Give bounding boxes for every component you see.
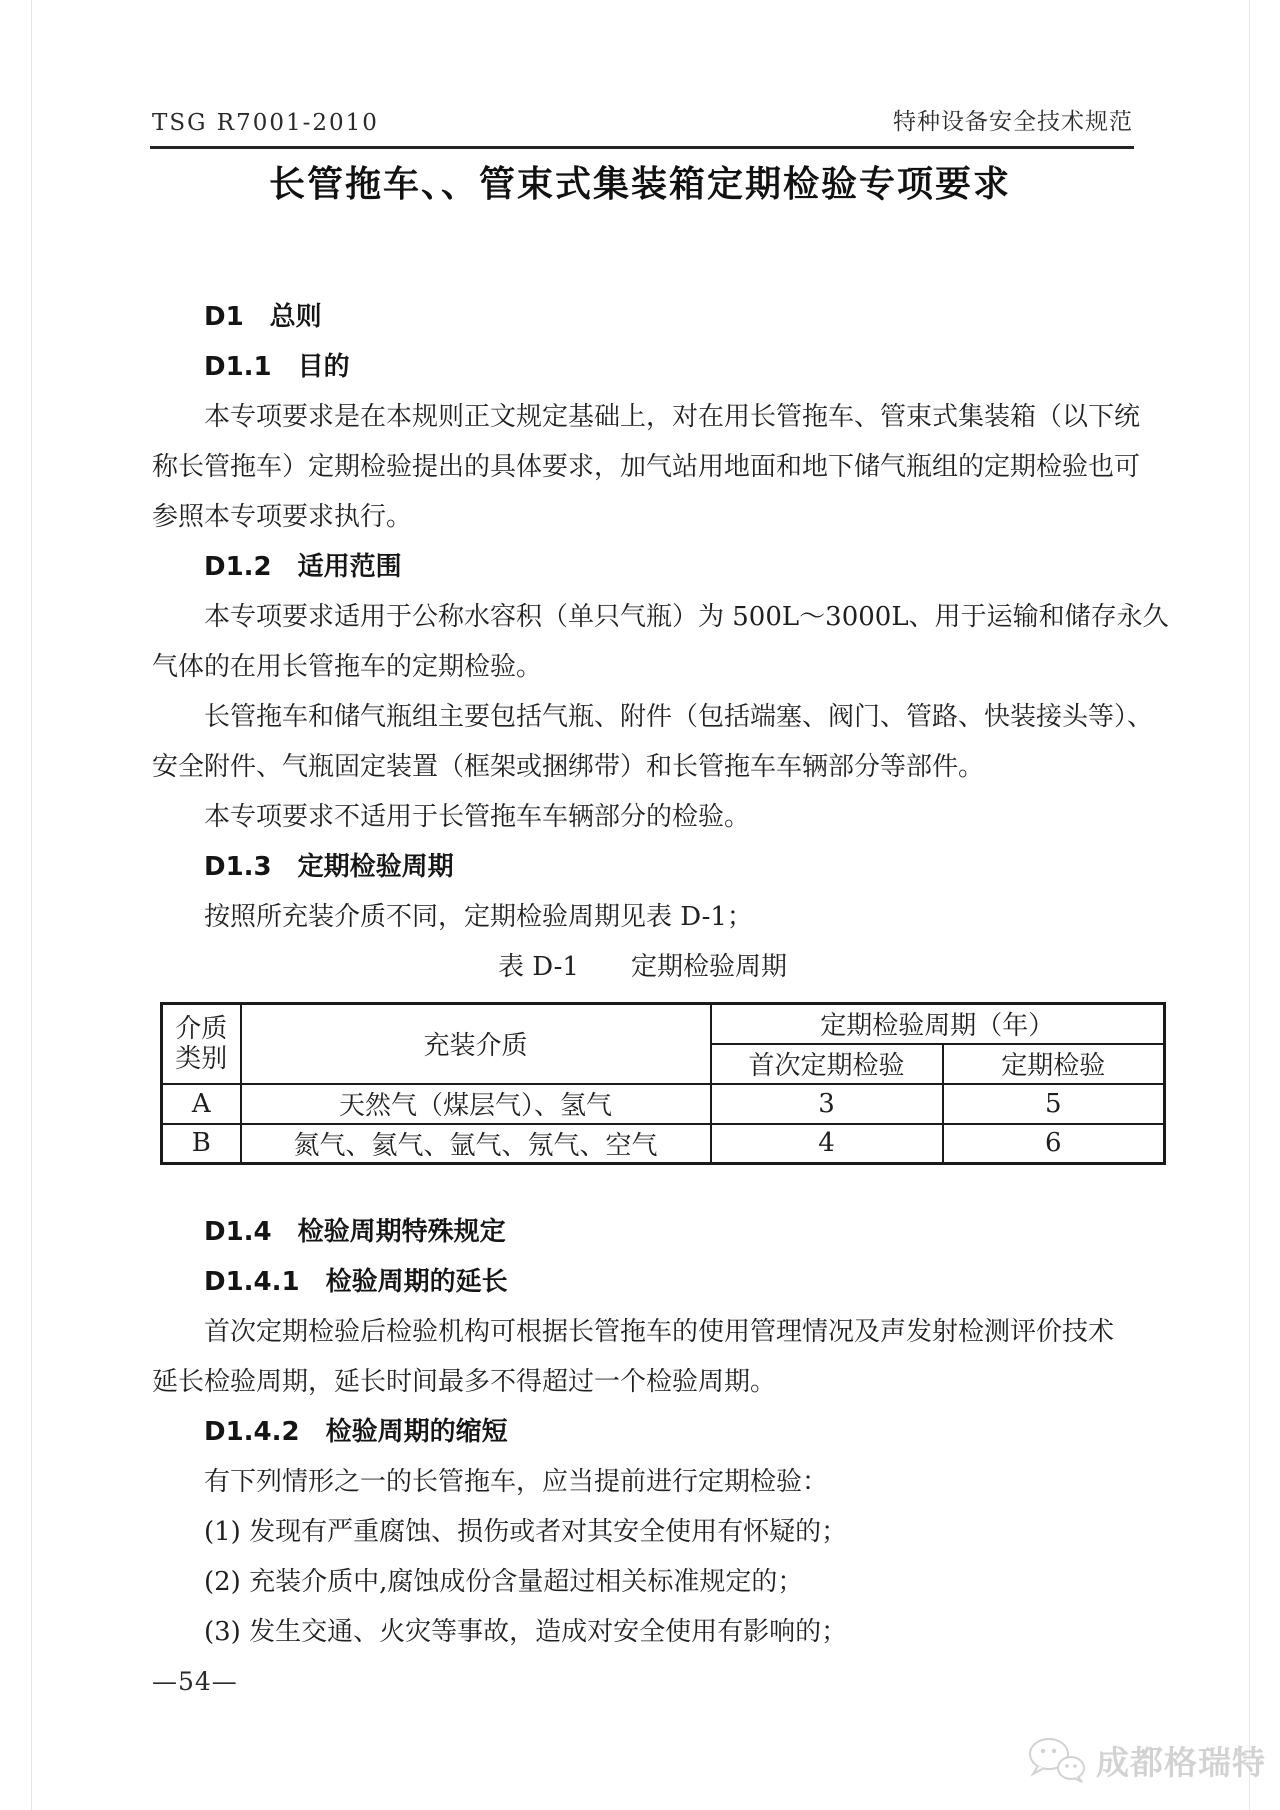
table-row: B 氮气、氦气、氩气、氖气、空气 4 6 — [162, 1124, 1165, 1164]
text-line: 称长管拖车）定期检验提出的具体要求，加气站用地面和地下储气瓶组的定期检验也可 — [152, 442, 1133, 492]
text-line: 本专项要求适用于公称水容积（单只气瓶）为 500L～3000L、用于运输和储存永… — [152, 592, 1133, 642]
cell-category: A — [162, 1084, 241, 1124]
watermark: 成都格瑞特 — [1026, 1736, 1266, 1784]
col-header-medium-category: 介质 类别 — [162, 1004, 241, 1084]
header-rule — [150, 146, 1134, 149]
text-line: 延长检验周期，延长时间最多不得超过一个检验周期。 — [152, 1357, 1133, 1407]
document-header: TSG R7001-2010 特种设备安全技术规范 — [152, 102, 1133, 136]
text-line: 参照本专项要求执行。 — [152, 492, 1133, 542]
section-heading: D1.4.1 检验周期的延长 — [152, 1257, 1133, 1307]
table-header-row-1: 介质 类别 充装介质 定期检验周期（年） — [162, 1004, 1165, 1044]
scan-edge-right — [1249, 0, 1250, 1810]
text-line: 长管拖车和储气瓶组主要包括气瓶、附件（包括端塞、阀门、管路、快装接头等）、 — [152, 692, 1133, 742]
scan-edge-left — [31, 0, 32, 1810]
table-row: A 天然气（煤层气）、氢气 3 5 — [162, 1084, 1165, 1124]
text-line: 本专项要求不适用于长管拖车车辆部分的检验。 — [152, 792, 1133, 842]
text-line: 安全附件、气瓶固定装置（框架或捆绑带）和长管拖车车辆部分等部件。 — [152, 742, 1133, 792]
section-heading: D1.4.2 检验周期的缩短 — [152, 1407, 1133, 1457]
doc-code: TSG R7001-2010 — [152, 110, 379, 136]
cell-first: 4 — [711, 1124, 943, 1164]
section-heading: D1.3 定期检验周期 — [152, 842, 1133, 892]
doc-spec-title: 特种设备安全技术规范 — [893, 103, 1133, 136]
text-line: (2) 充装介质中,腐蚀成份含量超过相关标准规定的； — [152, 1557, 1133, 1607]
document-page: TSG R7001-2010 特种设备安全技术规范 长管拖车、、管束式集装箱定期… — [0, 0, 1280, 1810]
cell-periodic: 5 — [943, 1084, 1165, 1124]
col-header-period-group: 定期检验周期（年） — [711, 1004, 1165, 1044]
section-flow-after-table: D1.4 检验周期特殊规定D1.4.1 检验周期的延长首次定期检验后检验机构可根… — [152, 1207, 1133, 1657]
text-line: (3) 发生交通、火灾等事故，造成对安全使用有影响的； — [152, 1607, 1133, 1657]
section-heading: D1 总则 — [152, 292, 1133, 342]
section-heading: D1.1 目的 — [152, 342, 1133, 392]
col-header-periodic-inspection: 定期检验 — [943, 1044, 1165, 1084]
wechat-icon — [1026, 1736, 1088, 1784]
col-header-filling-medium: 充装介质 — [241, 1004, 711, 1084]
watermark-text: 成都格瑞特 — [1096, 1737, 1266, 1784]
text-line: 气体的在用长管拖车的定期检验。 — [152, 642, 1133, 692]
cell-category: B — [162, 1124, 241, 1164]
page-title: 长管拖车、、管束式集装箱定期检验专项要求 — [0, 160, 1280, 210]
document-body: D1 总则D1.1 目的本专项要求是在本规则正文规定基础上，对在用长管拖车、管束… — [152, 292, 1133, 1707]
table-caption: 表 D-1 定期检验周期 — [152, 942, 1133, 992]
text-line: 有下列情形之一的长管拖车，应当提前进行定期检验： — [152, 1457, 1133, 1507]
section-heading: D1.4 检验周期特殊规定 — [152, 1207, 1133, 1257]
cell-periodic: 6 — [943, 1124, 1165, 1164]
section-flow-before-table: D1 总则D1.1 目的本专项要求是在本规则正文规定基础上，对在用长管拖车、管束… — [152, 292, 1133, 942]
cell-medium: 氮气、氦气、氩气、氖气、空气 — [241, 1124, 711, 1164]
page-number: —54— — [152, 1657, 1133, 1707]
col-header-first-inspection: 首次定期检验 — [711, 1044, 943, 1084]
text-line: 首次定期检验后检验机构可根据长管拖车的使用管理情况及声发射检测评价技术 — [152, 1307, 1133, 1357]
cell-medium: 天然气（煤层气）、氢气 — [241, 1084, 711, 1124]
cell-first: 3 — [711, 1084, 943, 1124]
text-line: 按照所充装介质不同，定期检验周期见表 D-1； — [152, 892, 1133, 942]
text-line: (1) 发现有严重腐蚀、损伤或者对其安全使用有怀疑的； — [152, 1507, 1133, 1557]
inspection-period-table: 介质 类别 充装介质 定期检验周期（年） 首次定期检验 定期检验 A 天然气（煤… — [160, 1002, 1166, 1165]
text-line: 本专项要求是在本规则正文规定基础上，对在用长管拖车、管束式集装箱（以下统 — [152, 392, 1133, 442]
section-heading: D1.2 适用范围 — [152, 542, 1133, 592]
